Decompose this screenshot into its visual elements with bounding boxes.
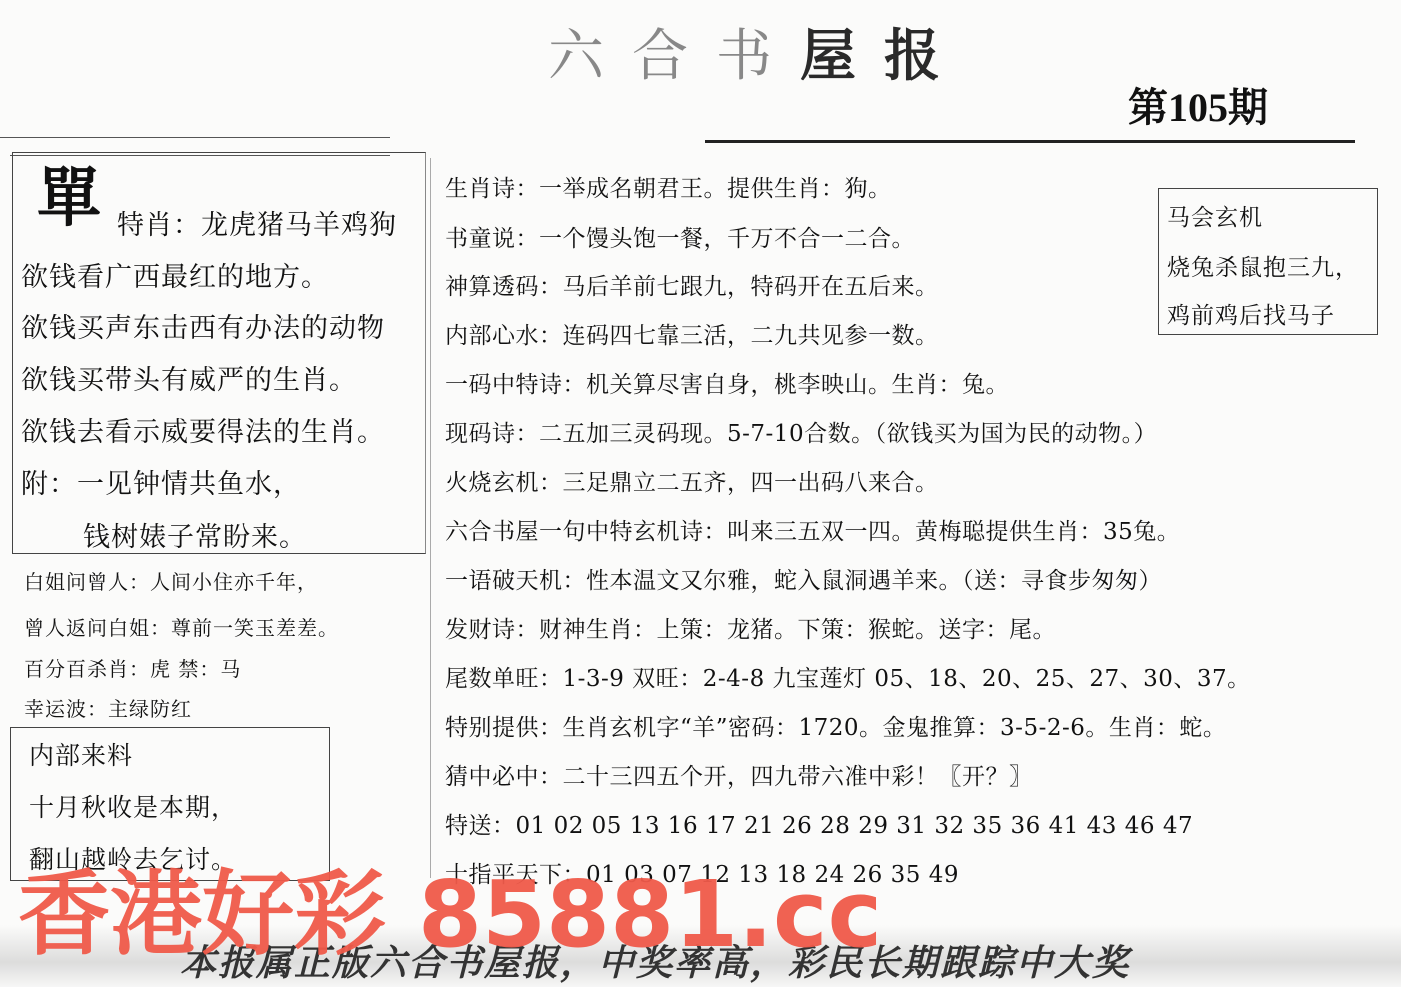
main-line-4: 内部心水：连码四七靠三活，二九共见参一数。: [445, 317, 939, 350]
inside-info-line-1: 十月秋收是本期，: [29, 788, 237, 824]
jockey-club-box: 马会玄机 烧兔杀鼠抱三九， 鸡前鸡后找马子: [1158, 188, 1378, 335]
special-zodiac-header: 特肖：龙虎猪马羊鸡狗: [117, 203, 397, 242]
note-line-2: 曾人返问白姐：尊前一笑玉差差。: [24, 612, 339, 641]
riddle-line-2: 欲钱买声东击西有办法的动物: [21, 306, 385, 345]
special-zodiac-box: 單 特肖：龙虎猪马羊鸡狗 欲钱看广西最红的地方。 欲钱买声东击西有办法的动物 欲…: [12, 152, 426, 554]
main-line-1: 生肖诗：一举成名朝君王。提供生肖：狗。: [445, 170, 892, 203]
riddle-line-4: 欲钱去看示威要得法的生肖。: [21, 410, 385, 449]
riddle-line-5: 附：一见钟情共鱼水，: [21, 462, 301, 501]
main-line-12: 特别提供：生肖玄机字“羊”密码：1720。金鬼推算：3-5-2-6。生肖：蛇。: [445, 709, 1226, 742]
single-glyph: 單: [37, 167, 101, 231]
main-line-8: 六合书屋一句中特玄机诗：叫来三五双一四。黄梅聪提供生肖：35兔。: [445, 513, 1180, 546]
jockey-club-line-2: 鸡前鸡后找马子: [1167, 297, 1335, 330]
main-line-13: 猜中必中：二十三四五个开，四九带六准中彩！〖开？〗: [445, 758, 1033, 791]
jockey-club-line-1: 烧兔杀鼠抱三九，: [1167, 249, 1359, 282]
column-divider: [430, 158, 431, 878]
masthead-rule-left: [0, 137, 390, 138]
title-dark-part: 屋报: [800, 24, 968, 89]
inside-info-title: 内部来料: [29, 736, 133, 772]
main-line-5: 一码中特诗：机关算尽害自身，桃李映山。生肖：兔。: [445, 366, 1009, 399]
title-light-part: 六合书: [548, 24, 800, 89]
issue-number: 第105期: [1128, 82, 1268, 134]
newspaper-title: 六合书屋报: [548, 22, 968, 92]
masthead-rule-right: [705, 140, 1355, 143]
riddle-line-1: 欲钱看广西最红的地方。: [21, 255, 329, 294]
main-line-11: 尾数单旺：1-3-9 双旺：2-4-8 九宝莲灯 05、18、20、25、27、…: [445, 660, 1251, 693]
note-line-4: 幸运波：主绿防红: [24, 693, 192, 722]
main-line-14: 特送：01 02 05 13 16 17 21 26 28 29 31 32 3…: [445, 807, 1193, 840]
note-line-3: 百分百杀肖：虎 禁：马: [24, 653, 241, 682]
main-line-9: 一语破天机：性本温文又尔雅，蛇入鼠洞遇羊来。（送：寻食步匆匆）: [445, 562, 1162, 595]
riddle-line-6: 钱树婊子常盼来。: [83, 515, 307, 554]
riddle-line-3: 欲钱买带头有威严的生肖。: [21, 358, 357, 397]
main-line-6: 现码诗：二五加三灵码现。5-7-10合数。（欲钱买为国为民的动物。）: [445, 415, 1157, 448]
site-watermark: 香港好彩 85881.cc: [18, 860, 882, 970]
main-line-2: 书童说：一个馒头饱一餐，千万不合一二合。: [445, 220, 915, 253]
jockey-club-title: 马会玄机: [1167, 199, 1263, 232]
inside-info-box: 内部来料 十月秋收是本期， 翻山越岭去乞讨。: [10, 727, 330, 881]
main-line-7: 火烧玄机：三足鼎立二五齐，四一出码八来合。: [445, 464, 939, 497]
main-line-3: 神算透码：马后羊前七跟九，特码开在五后来。: [445, 268, 939, 301]
main-line-10: 发财诗：财神生肖：上策：龙猪。下策：猴蛇。送字：尾。: [445, 611, 1056, 644]
note-line-1: 白姐问曾人：人间小住亦千年，: [24, 566, 318, 595]
